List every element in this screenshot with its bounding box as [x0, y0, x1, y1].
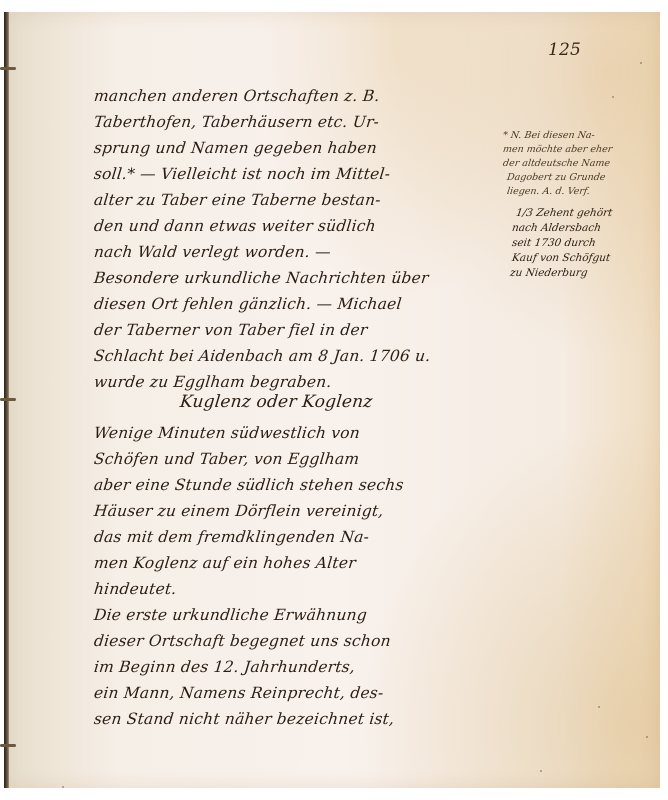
paper-speck: [612, 96, 614, 98]
binding-stitch: [0, 398, 16, 401]
text-line: nach Wald verlegt worden. —: [93, 239, 333, 265]
footnote-line: * N. Bei diesen Na-: [502, 130, 595, 141]
text-line: der Taberner von Taber fiel in der: [93, 317, 369, 343]
paper-speck: [62, 786, 64, 788]
text-line: Schöfen und Taber, von Egglham: [93, 446, 361, 472]
margin-note-line: seit 1730 durch: [511, 237, 596, 249]
footnote-line: der altdeutsche Name: [502, 158, 611, 169]
page-number: 125: [548, 40, 581, 60]
text-line: ein Mann, Namens Reinprecht, des-: [93, 680, 385, 706]
text-line: sprung und Namen gegeben haben: [93, 135, 379, 161]
text-line: Taberthofen, Taberhäusern etc. Ur-: [93, 109, 381, 135]
section-heading: Kuglenz oder Koglenz: [179, 392, 374, 412]
text-line: men Koglenz auf ein hohes Alter: [93, 550, 358, 576]
text-line: Besondere urkundliche Nachrichten über: [93, 265, 430, 291]
text-line: im Beginn des 12. Jahrhunderts,: [93, 654, 357, 680]
margin-note-line: nach Aldersbach: [511, 222, 602, 234]
margin-note-line: 1/3 Zehent gehört: [515, 207, 613, 219]
text-line: hindeutet.: [93, 576, 178, 602]
text-line: Die erste urkundliche Erwähnung: [93, 602, 369, 628]
scanned-page: 125 manchen anderen Ortschaften z. B. Ta…: [0, 0, 668, 800]
footnote-line: Dagobert zu Grunde: [506, 172, 606, 183]
text-line: aber eine Stunde südlich stehen sechs: [93, 472, 405, 498]
margin-note-line: zu Niederburg: [509, 267, 588, 279]
footnote-line: men möchte aber eher: [502, 144, 613, 155]
paper-speck: [646, 736, 648, 738]
text-line: alter zu Taber eine Taberne bestan-: [93, 187, 382, 213]
footnote-line: liegen. A. d. Verf.: [506, 186, 590, 197]
binding-stitch: [0, 67, 16, 70]
text-line: das mit dem fremdklingenden Na-: [93, 524, 371, 550]
text-line: Schlacht bei Aidenbach am 8 Jan. 1706 u.: [93, 343, 432, 369]
paper-speck: [540, 770, 542, 772]
text-line: Häuser zu einem Dörflein vereinigt,: [93, 498, 385, 524]
text-line: sen Stand nicht näher bezeichnet ist,: [93, 706, 396, 732]
text-line: soll.* — Vielleicht ist noch im Mittel-: [93, 161, 392, 187]
paper-speck: [640, 62, 642, 64]
text-line: dieser Ortschaft begegnet uns schon: [93, 628, 393, 654]
paper-speck: [598, 706, 600, 708]
margin-note-line: Kauf von Schöfgut: [511, 252, 611, 264]
text-line: den und dann etwas weiter südlich: [93, 213, 378, 239]
text-line: manchen anderen Ortschaften z. B.: [93, 83, 381, 109]
binding-stitch: [0, 744, 16, 747]
text-line: Wenige Minuten südwestlich von: [93, 420, 362, 446]
text-line: diesen Ort fehlen gänzlich. — Michael: [93, 291, 403, 317]
